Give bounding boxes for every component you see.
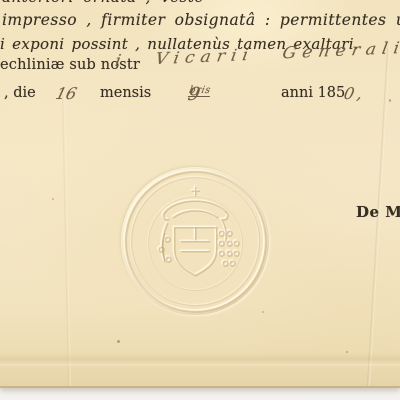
scanned-document-photo: anteriori ornatâ ; veste impresso , firm… bbox=[0, 0, 400, 400]
printed-line-mechliniae: echliniæ sub nostr i Vicarii Generali bbox=[0, 58, 140, 73]
printed-die-label: , die bbox=[4, 86, 36, 101]
printed-mensis-label: mensis bbox=[100, 86, 151, 101]
backdrop-below-paper bbox=[0, 388, 400, 400]
seal-coat-of-arms-icon bbox=[121, 167, 269, 315]
document-paper: anteriori ornatâ ; veste impresso , firm… bbox=[0, 0, 400, 388]
paper-speck bbox=[346, 351, 348, 353]
horizontal-fold-shading bbox=[0, 352, 400, 366]
paper-speck bbox=[52, 198, 54, 200]
month-numeral: 9 bbox=[186, 86, 201, 104]
printed-line-obsignata: impresso , firmiter obsignatâ : permitte… bbox=[2, 13, 400, 29]
printed-anni-label: anni 185 bbox=[281, 86, 345, 101]
paper-speck bbox=[117, 340, 120, 343]
handwritten-month-entry: 9bris bbox=[186, 86, 212, 106]
fold-crease-left bbox=[62, 95, 71, 387]
handwritten-day-entry: 16 bbox=[54, 86, 78, 102]
blind-embossed-seal bbox=[121, 167, 269, 315]
signature-prefix-de-mandato: De M bbox=[356, 203, 400, 221]
paper-speck bbox=[389, 99, 391, 102]
handwritten-after-year-mark: , bbox=[356, 86, 364, 102]
handwritten-year-digit: 0 bbox=[343, 86, 356, 102]
printed-line-top-clipped: anteriori ornatâ ; veste bbox=[2, 0, 204, 5]
